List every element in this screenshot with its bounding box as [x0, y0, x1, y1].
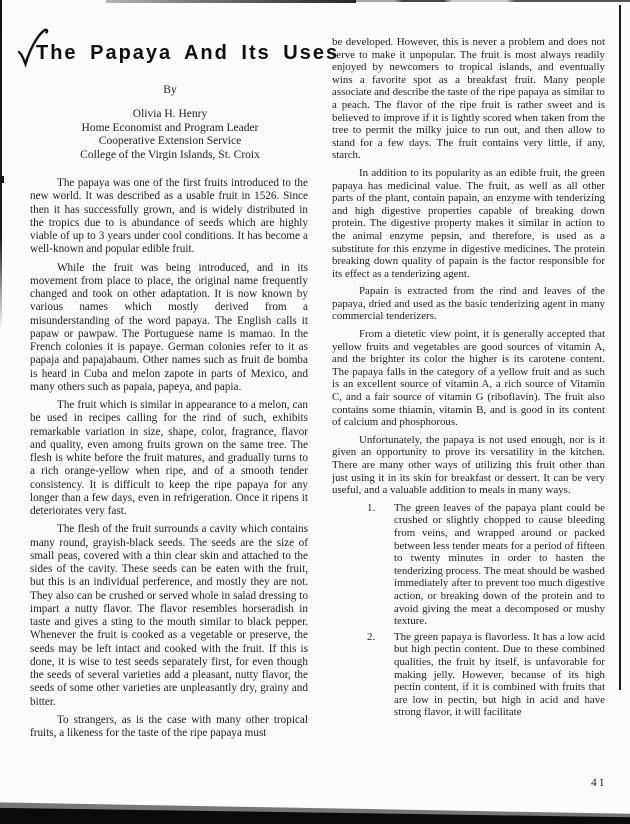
paragraph: The fruit which is similar in appearance…	[30, 399, 308, 518]
list-number: 1.	[367, 502, 394, 628]
paragraph: The papaya was one of the first fruits i…	[30, 177, 308, 257]
author-name: Olivia H. Henry	[18, 108, 322, 122]
scan-artifact-left-edge	[0, 0, 2, 330]
paragraph: In addition to its popularity as an edib…	[332, 167, 605, 280]
byline: By	[30, 84, 310, 96]
paragraph: The flesh of the fruit surrounds a cavit…	[30, 523, 308, 709]
page-number: 41	[591, 777, 607, 789]
paragraph: From a dietetic view point, it is genera…	[332, 328, 605, 429]
scan-artifact-top-edge	[106, 0, 356, 3]
list-number: 2.	[367, 631, 394, 719]
paragraph: While the fruit was being introduced, an…	[30, 262, 308, 395]
paragraph: To strangers, as is the case with many o…	[30, 714, 308, 741]
right-column: be developed. However, this is never a p…	[332, 36, 605, 722]
numbered-list-item: 2. The green papaya is flavorless. It ha…	[367, 631, 605, 719]
list-text: The green papaya is flavorless. It has a…	[394, 631, 605, 719]
page-title: The Papaya And Its Uses	[36, 42, 326, 65]
scan-artifact-right-edge	[619, 5, 621, 690]
paragraph: be developed. However, this is never a p…	[332, 36, 605, 162]
numbered-list-item: 1. The green leaves of the papaya plant …	[367, 502, 605, 628]
list-text: The green leaves of the papaya plant cou…	[394, 502, 605, 628]
author-service: Cooperative Extension Service	[18, 135, 322, 149]
numbered-list: 1. The green leaves of the papaya plant …	[367, 502, 605, 719]
scan-artifact-left-speck	[0, 176, 4, 183]
author-role: Home Economist and Program Leader	[18, 122, 322, 136]
author-institution: College of the Virgin Islands, St. Croix	[18, 149, 322, 163]
document-page: The Papaya And Its Uses By Olivia H. Hen…	[0, 0, 630, 824]
paragraph: Papain is extracted from the rind and le…	[332, 285, 605, 323]
paragraph: Unfortunately, the papaya is not used en…	[332, 434, 605, 497]
author-block: Olivia H. Henry Home Economist and Progr…	[18, 108, 322, 162]
scan-artifact-top-edge	[356, 0, 630, 2]
left-column: The papaya was one of the first fruits i…	[30, 177, 308, 745]
